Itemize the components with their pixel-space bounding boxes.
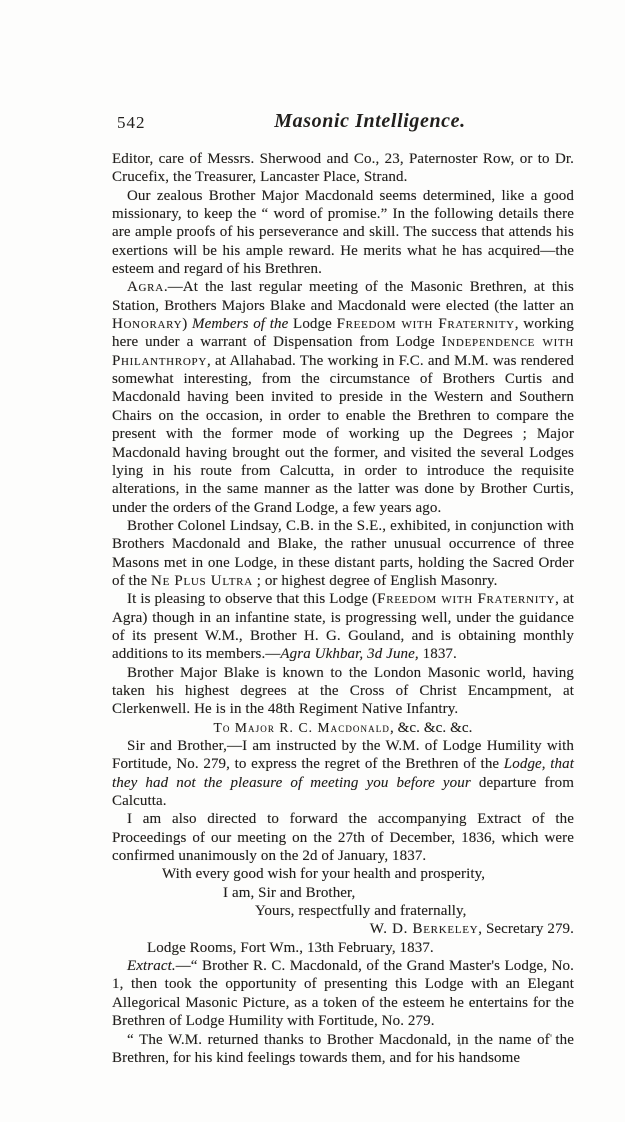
scan-speck xyxy=(459,1043,461,1046)
paragraph-extract-thanks: “ The W.M. returned thanks to Brother Ma… xyxy=(112,1031,574,1068)
text-segment: Freedom with Fraternity xyxy=(337,316,515,332)
paragraph-letter-salutation-heading: To Major R. C. Macdonald, &c. &c. &c. xyxy=(112,719,574,737)
text-segment: Members of the xyxy=(192,316,288,332)
text-segment: .—At the last regular meeting of the Mas… xyxy=(112,279,574,313)
page-text-column: Editor, care of Messrs. Sherwood and Co.… xyxy=(112,150,574,1067)
text-segment: Agra Ukhbar, 3d June, xyxy=(280,646,418,662)
text-segment: It is pleasing to observe that this Lodg… xyxy=(127,591,377,607)
text-segment: Lodge xyxy=(288,316,336,332)
paragraph-letter-closing-yours: Yours, respectfully and fraternally, xyxy=(255,902,574,920)
scan-speck xyxy=(550,1034,552,1037)
scanned-page: 542 Masonic Intelligence. Editor, care o… xyxy=(0,0,625,1122)
text-segment: Editor, care of Messrs. Sherwood and Co.… xyxy=(112,151,574,185)
text-segment: Brother Major Blake is known to the Lond… xyxy=(112,665,574,718)
text-segment: I am, Sir and Brother, xyxy=(223,885,355,901)
paragraph-letter-dateline: Lodge Rooms, Fort Wm., 13th February, 18… xyxy=(147,939,574,957)
paragraph-letter-body-regret: Sir and Brother,—I am instructed by the … xyxy=(112,737,574,810)
text-segment: Our zealous Brother Major Macdonald seem… xyxy=(112,188,574,277)
text-segment: W. D. Berkeley xyxy=(370,921,479,937)
page-header: 542 Masonic Intelligence. xyxy=(0,110,625,140)
paragraph-letter-closing-wish: With every good wish for your health and… xyxy=(162,865,574,883)
text-segment: Extract. xyxy=(127,958,176,974)
text-segment: ) xyxy=(182,316,192,332)
running-title: Masonic Intelligence. xyxy=(150,110,590,133)
text-segment: Agra xyxy=(127,279,164,295)
text-segment: Ne Plus Ultra xyxy=(151,573,253,589)
paragraph-agra-meeting: Agra.—At the last regular meeting of the… xyxy=(112,278,574,516)
text-segment: I am also directed to forward the accomp… xyxy=(112,811,574,864)
text-segment: ; or highest degree of English Masonry. xyxy=(253,573,498,589)
paragraph-lodge-progressing: It is pleasing to observe that this Lodg… xyxy=(112,590,574,663)
paragraph-continuation-address: Editor, care of Messrs. Sherwood and Co.… xyxy=(112,150,574,187)
text-segment: To Major R. C. Macdonald xyxy=(214,720,390,735)
text-segment: “ The W.M. returned thanks to Brother Ma… xyxy=(112,1032,574,1066)
paragraph-macdonald-missionary: Our zealous Brother Major Macdonald seem… xyxy=(112,187,574,279)
paragraph-extract-presentation: Extract.—“ Brother R. C. Macdonald, of t… xyxy=(112,957,574,1030)
text-segment: Honorary xyxy=(112,316,182,332)
text-segment: Lodge Rooms, Fort Wm., 13th February, 18… xyxy=(147,940,434,956)
text-segment: Freedom with Fra­ternity xyxy=(377,591,555,607)
text-segment: 1837. xyxy=(419,646,457,662)
paragraph-lindsay-ne-plus-ultra: Brother Colonel Lindsay, C.B. in the S.E… xyxy=(112,517,574,590)
paragraph-letter-signature: W. D. Berkeley, Secretary 279. xyxy=(112,920,574,938)
paragraph-letter-closing-i-am: I am, Sir and Brother, xyxy=(223,884,574,902)
paragraph-letter-body-extract-forward: I am also directed to forward the accomp… xyxy=(112,810,574,865)
text-segment: , &c. &c. &c. xyxy=(390,720,473,736)
text-segment: —“ Brother R. C. Macdonald, of the Grand… xyxy=(112,958,574,1029)
paragraph-blake-biography: Brother Major Blake is known to the Lond… xyxy=(112,664,574,719)
text-segment: Yours, respectfully and fraternally, xyxy=(255,903,466,919)
text-segment: , at Allahabad. The working in F.C. and … xyxy=(112,353,574,516)
page-number: 542 xyxy=(117,113,146,133)
text-segment: With every good wish for your health and… xyxy=(162,866,485,882)
text-segment: , Secretary 279. xyxy=(478,921,574,937)
